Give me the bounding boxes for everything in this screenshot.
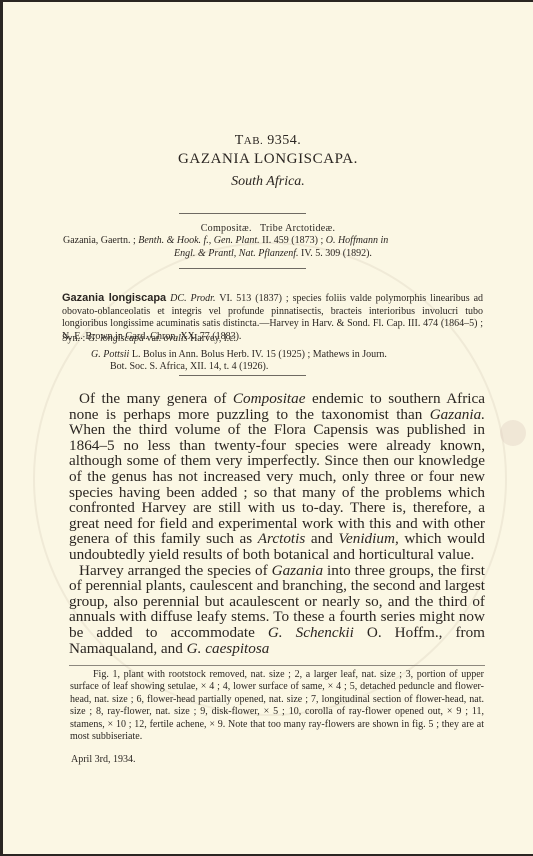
text-run: Harvey arranged the species of [79,562,272,579]
italic-term: Gazania [272,562,323,579]
plate-label-rest: AB. [244,135,264,147]
caption-rule [69,665,485,666]
text-run: Of the many genera of [79,390,233,407]
tribe-name: Arctotideæ. [285,223,335,234]
synonym-1-var: var. [146,333,161,344]
synonyms-label: Syn. : [62,333,85,344]
synonym-2-ref: L. Bolus in Ann. Bolus Herb. IV. 15 (192… [132,349,387,360]
synonym-1-var-name: ovalis [164,333,188,344]
figure-caption: Fig. 1, plant with rootstock removed, na… [70,669,484,743]
synonym-2-ref-cont: Bot. Soc. S. Africa, XII. 14, t. 4 (1926… [62,361,483,374]
region-subtitle: South Africa. [3,174,533,190]
italic-term: Arctotis [258,530,306,547]
plate-number: TAB. 9354. [3,133,533,149]
italic-term: G. caespitosa [187,640,270,657]
document-page: TAB. 9354. GAZANIA LONGISCAPA. South Afr… [3,2,533,854]
genus-name: Gazania, Gaertn. ; [63,235,136,246]
synonym-1-ref: Harvey, l.c. [190,333,236,344]
species-name: Gazania longiscapa [62,292,166,304]
genus-ref-1-detail: II. 459 (1873) ; [262,235,323,246]
figure-caption-text: Fig. 1, plant with rootstock removed, na… [70,669,484,743]
publication-date: April 3rd, 1934. [71,754,135,765]
italic-term: Venidium [338,530,395,547]
genus-ref-2-author: O. Hoffmann in [326,235,389,246]
paragraph-1: Of the many genera of Compositae endemic… [69,391,485,563]
italic-term: Gazania. [430,406,485,423]
genus-reference: Gazania, Gaertn. ; Benth. & Hook. f., Ge… [63,235,483,260]
genus-ref-1-title: Benth. & Hook. f., Gen. Plant. [138,235,259,246]
species-author-ref: DC. Prodr. [170,293,215,304]
italic-term: G. Schenckii [268,624,354,641]
text-run: When the third volume of the Flora Capen… [69,421,485,547]
italic-term: Compositae [233,390,306,407]
family-tribe-line: Compositæ. Tribe Arctotideæ. [3,223,533,234]
page-title: GAZANIA LONGISCAPA. [3,151,533,168]
divider-top [179,213,306,214]
plate-number-value: 9354. [267,133,301,148]
divider-bottom [179,375,306,376]
watermark-dot [500,420,526,446]
genus-ref-2-detail: IV. 5. 309 (1892). [301,248,372,259]
synonym-2-name: G. Pottsii [91,349,129,360]
family-name: Compositæ. [201,223,252,234]
main-text: Of the many genera of Compositae endemic… [69,391,485,656]
synonyms-block: Syn. : G. longiscapa var. ovalis Harvey,… [62,333,483,374]
synonym-2-line: G. Pottsii L. Bolus in Ann. Bolus Herb. … [62,349,483,362]
synonym-1-name: G. longiscapa [88,333,144,344]
text-run: and [305,530,338,547]
genus-ref-2-line: Engl. & Prantl, Nat. Pflanzenf. IV. 5. 3… [63,248,483,261]
tribe-label: Tribe [260,223,283,234]
paragraph-2: Harvey arranged the species of Gazania i… [69,563,485,657]
divider-middle [179,268,306,269]
genus-ref-2-title: Engl. & Prantl, Nat. Pflanzenf. [174,248,298,259]
plate-label-initial: T [235,133,244,148]
